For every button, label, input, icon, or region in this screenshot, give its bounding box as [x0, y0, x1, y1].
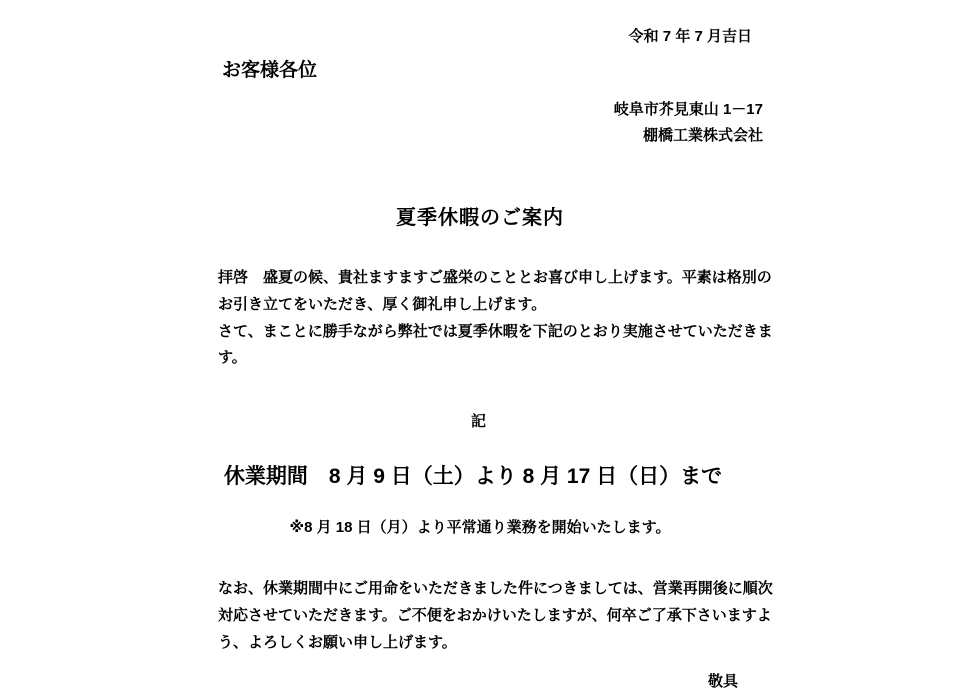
resume-note: ※8 月 18 日（月）より平常通り業務を開始いたします。	[0, 516, 960, 537]
greeting-line-2: お引き立てをいただき、厚く御礼申し上げます。	[218, 292, 773, 319]
greeting-line-1: 拝啓 盛夏の候、貴社ますますご盛栄のこととお喜び申し上げます。平素は格別の	[218, 265, 773, 292]
closing-line-1: なお、休業期間中にご用命をいただきました件につきましては、営業再開後に順次	[218, 576, 773, 603]
letter-page: 令和 7 年 7 月吉日 お客様各位 岐阜市芥見東山 1－17 棚橋工業株式会社…	[0, 0, 975, 700]
recipient-line: お客様各位	[222, 55, 317, 82]
date-line: 令和 7 年 7 月吉日	[629, 25, 752, 46]
greeting-line-4: す。	[218, 345, 773, 372]
sender-company: 棚橋工業株式会社	[614, 123, 763, 149]
ki-marker: 記	[0, 410, 957, 431]
sender-block: 岐阜市芥見東山 1－17 棚橋工業株式会社	[614, 97, 763, 149]
closing-salutation: 敬具	[708, 670, 738, 691]
sender-address: 岐阜市芥見東山 1－17	[614, 97, 763, 123]
holiday-period-line: 休業期間 8 月 9 日（土）より 8 月 17 日（日）まで	[0, 460, 946, 490]
closing-paragraph: なお、休業期間中にご用命をいただきました件につきましては、営業再開後に順次 対応…	[218, 576, 773, 656]
closing-line-3: う、よろしくお願い申し上げます。	[218, 630, 773, 657]
document-title: 夏季休暇のご案内	[0, 201, 960, 230]
closing-line-2: 対応させていただきます。ご不便をおかけいたしますが、何卒ご了承下さいますよ	[218, 603, 773, 630]
greeting-line-3: さて、まことに勝手ながら弊社では夏季休暇を下記のとおり実施させていただきま	[218, 319, 773, 346]
opening-paragraph: 拝啓 盛夏の候、貴社ますますご盛栄のこととお喜び申し上げます。平素は格別の お引…	[218, 265, 773, 372]
